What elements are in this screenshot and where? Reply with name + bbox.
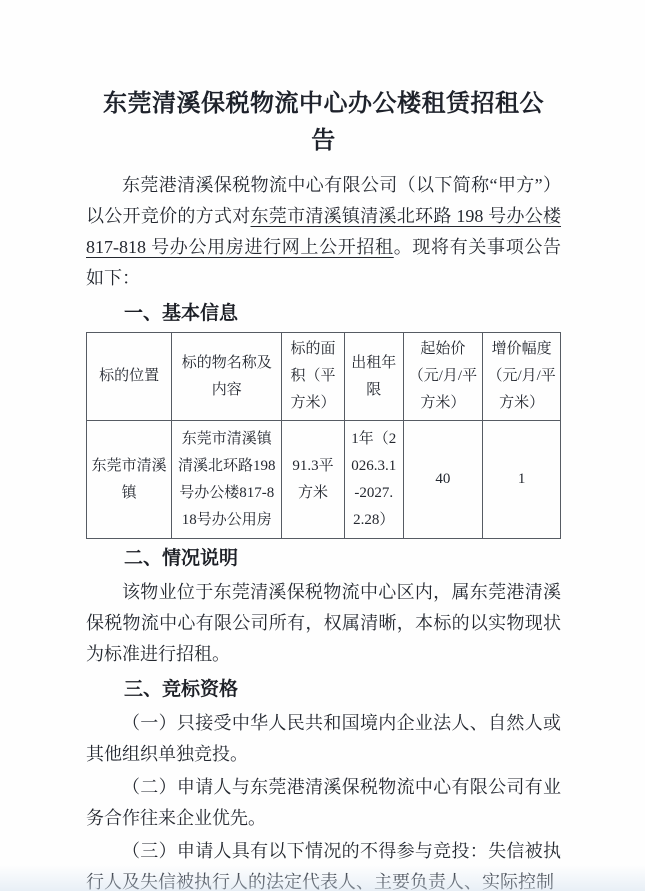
table-header-target-name: 标的物名称及内容	[172, 333, 282, 421]
scanned-document-page: 东莞清溪保税物流中心办公楼租赁招租公告 东莞港清溪保税物流中心有限公司（以下简称…	[0, 0, 645, 891]
situation-paragraph: 该物业位于东莞清溪保税物流中心区内，属东莞港清溪保税物流中心有限公司所有，权属清…	[86, 577, 561, 670]
table-cell-starting-price: 40	[403, 421, 483, 539]
table-cell-target-area: 91.3平方米	[282, 421, 345, 539]
table-header-target-location: 标的位置	[87, 333, 172, 421]
basic-info-table: 标的位置 标的物名称及内容 标的面积（平方米） 出租年限 起始价（元/月/平方米…	[86, 332, 561, 539]
section-heading-situation: 二、情况说明	[86, 546, 561, 572]
document-title: 东莞清溪保税物流中心办公楼租赁招租公告	[98, 86, 550, 160]
table-header-starting-price: 起始价（元/月/平方米）	[403, 333, 483, 421]
table-cell-lease-term: 1年（2026.3.1-2027.2.28）	[344, 421, 403, 539]
qualification-item-1: （一）只接受中华人民共和国境内企业法人、自然人或其他组织单独竞投。	[86, 708, 561, 770]
table-header-lease-term: 出租年限	[344, 333, 403, 421]
section-heading-basic-info: 一、基本信息	[86, 301, 561, 327]
table-header-price-increment: 增价幅度（元/月/平方米）	[483, 333, 561, 421]
table-header-row: 标的位置 标的物名称及内容 标的面积（平方米） 出租年限 起始价（元/月/平方米…	[87, 333, 561, 421]
document-content: 东莞清溪保税物流中心办公楼租赁招租公告 东莞港清溪保税物流中心有限公司（以下简称…	[0, 0, 645, 891]
intro-paragraph: 东莞港清溪保税物流中心有限公司（以下简称“甲方”）以公开竞价的方式对东莞市清溪镇…	[86, 170, 561, 294]
table-header-target-area: 标的面积（平方米）	[282, 333, 345, 421]
table-cell-target-location: 东莞市清溪镇	[87, 421, 172, 539]
table-cell-target-name: 东莞市清溪镇清溪北环路198号办公楼817-818号办公用房	[172, 421, 282, 539]
qualification-item-2: （二）申请人与东莞港清溪保税物流中心有限公司有业务合作往来企业优先。	[86, 772, 561, 834]
section-heading-qualification: 三、竞标资格	[86, 677, 561, 703]
qualification-item-3: （三）申请人具有以下情况的不得参与竞投：失信被执行人及失信被执行人的法定代表人、…	[86, 836, 561, 891]
table-cell-price-increment: 1	[483, 421, 561, 539]
table-data-row: 东莞市清溪镇 东莞市清溪镇清溪北环路198号办公楼817-818号办公用房 91…	[87, 421, 561, 539]
